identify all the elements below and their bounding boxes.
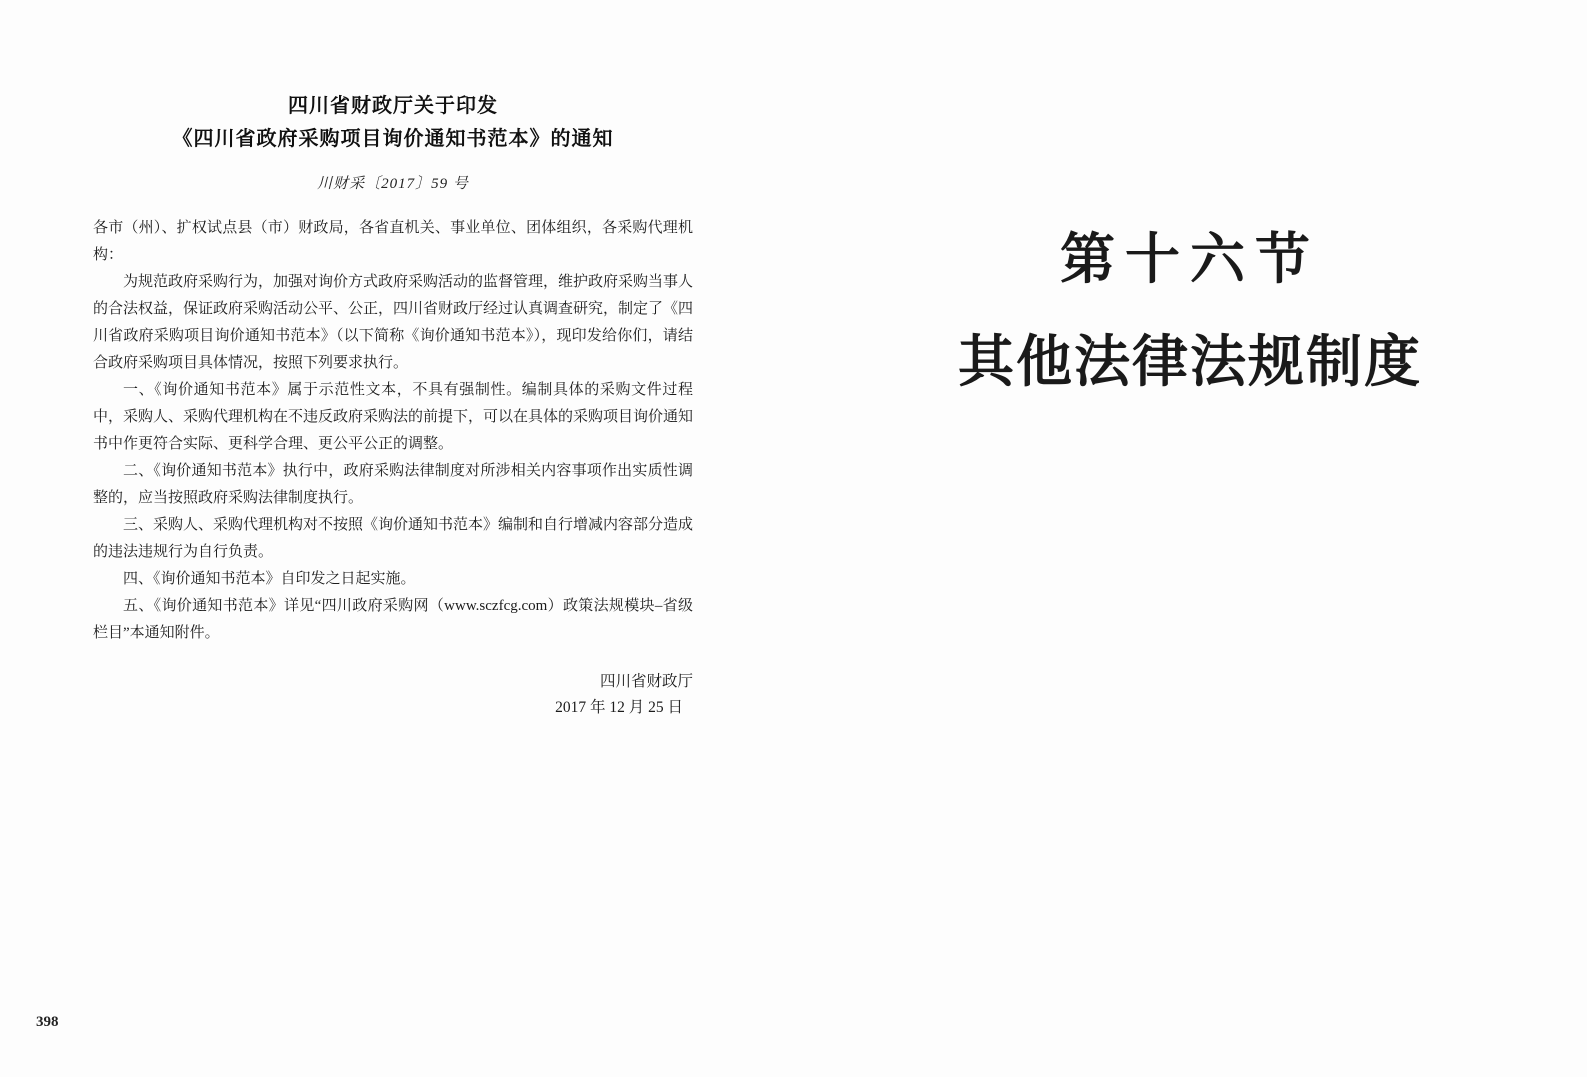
document-body: 各市（州）、扩权试点县（市）财政局，各省直机关、事业单位、团体组织，各采购代理机… (93, 215, 693, 647)
document-title-line2: 《四川省政府采购项目询价通知书范本》的通知 (93, 123, 693, 156)
left-page: 四川省财政厅关于印发 《四川省政府采购项目询价通知书范本》的通知 川财采〔201… (93, 90, 693, 721)
document-number: 川财采〔2017〕59 号 (93, 174, 693, 194)
page-number: 398 (36, 1014, 59, 1031)
signature-date: 2017 年 12 月 25 日 (93, 695, 693, 721)
signature-block: 四川省财政厅 2017 年 12 月 25 日 (93, 669, 693, 721)
body-paragraph: 一、《询价通知书范本》属于示范性文本，不具有强制性。编制具体的采购文件过程中，采… (93, 377, 693, 458)
section-title: 第十六节 其他法律法规制度 (793, 230, 1587, 394)
document-title-line1: 四川省财政厅关于印发 (93, 90, 693, 123)
salutation-line: 各市（州）、扩权试点县（市）财政局，各省直机关、事业单位、团体组织，各采购代理机… (93, 215, 693, 269)
signature-issuer: 四川省财政厅 (93, 669, 693, 695)
body-paragraph: 二、《询价通知书范本》执行中，政府采购法律制度对所涉相关内容事项作出实质性调整的… (93, 458, 693, 512)
book-spread: 四川省财政厅关于印发 《四川省政府采购项目询价通知书范本》的通知 川财采〔201… (0, 0, 1587, 1077)
right-page: 第十六节 其他法律法规制度 (793, 0, 1587, 1077)
section-number: 第十六节 (793, 230, 1587, 290)
section-title-text: 其他法律法规制度 (793, 332, 1587, 394)
document-title: 四川省财政厅关于印发 《四川省政府采购项目询价通知书范本》的通知 (93, 90, 693, 156)
body-paragraph: 五、《询价通知书范本》详见“四川政府采购网（www.sczfcg.com）政策法… (93, 593, 693, 647)
body-paragraph: 为规范政府采购行为，加强对询价方式政府采购活动的监督管理，维护政府采购当事人的合… (93, 269, 693, 377)
body-paragraph: 三、采购人、采购代理机构对不按照《询价通知书范本》编制和自行增减内容部分造成的违… (93, 512, 693, 566)
body-paragraph: 四、《询价通知书范本》自印发之日起实施。 (93, 566, 693, 593)
